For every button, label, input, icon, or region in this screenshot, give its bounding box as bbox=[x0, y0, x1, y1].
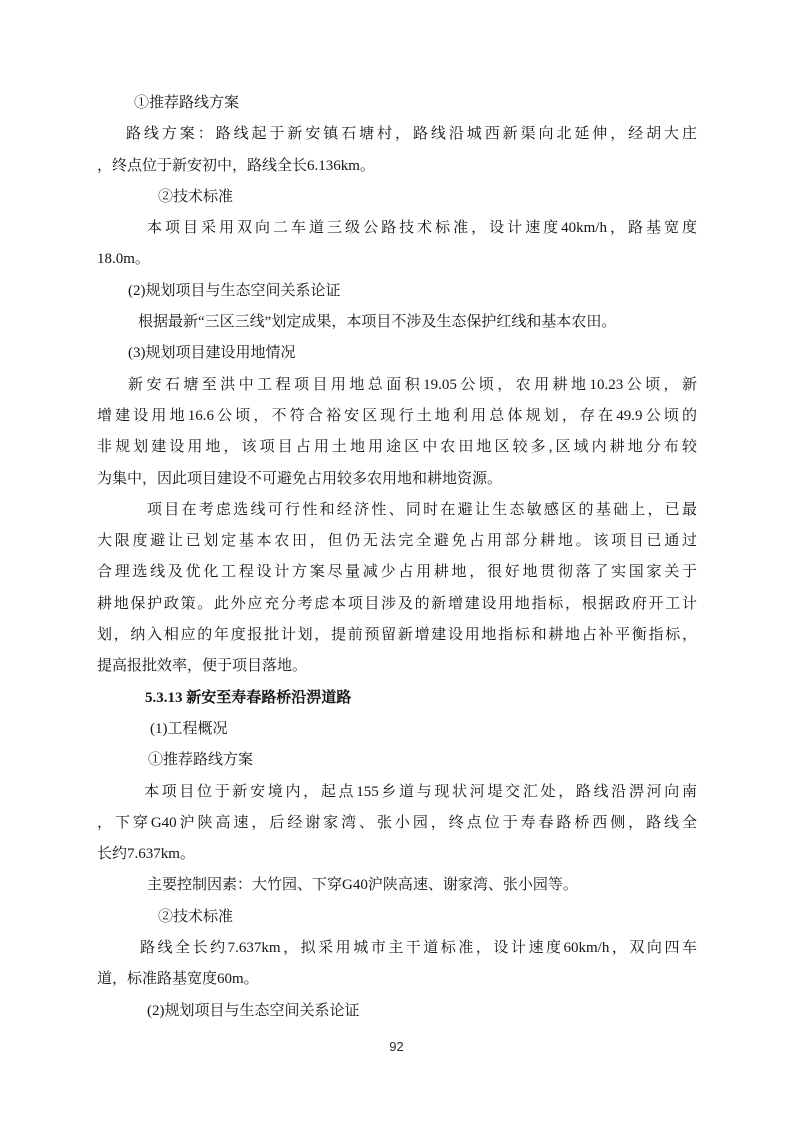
text-line: 增建设用地16.6公顷，不符合裕安区现行土地利用总体规划，存在49.9公顷的 bbox=[97, 401, 697, 432]
text-line: 非规划建设用地，该项目占用土地用途区中农田地区较多,区域内耕地分布较 bbox=[97, 432, 697, 463]
paragraph: ②技术标准 bbox=[97, 902, 697, 933]
paragraph: ②技术标准 bbox=[97, 182, 697, 213]
text-line: ，下穿G40沪陕高速，后经谢家湾、张小园，终点位于寿春路桥西侧，路线全 bbox=[97, 808, 697, 839]
paragraph: 路线方案：路线起于新安镇石塘村，路线沿城西新渠向北延伸，经胡大庄，终点位于新安初… bbox=[97, 119, 697, 182]
text-line: 路线方案：路线起于新安镇石塘村，路线沿城西新渠向北延伸，经胡大庄 bbox=[97, 119, 697, 150]
text-line: 路线全长约7.637km，拟采用城市主干道标准，设计速度60km/h，双向四车 bbox=[97, 933, 697, 964]
paragraph: ①推荐路线方案 bbox=[97, 745, 697, 776]
paragraph: 根据最新“三区三线”划定成果，本项目不涉及生态保护红线和基本农田。 bbox=[97, 307, 697, 338]
text-line: ①推荐路线方案 bbox=[97, 745, 697, 776]
paragraph: (2)规划项目与生态空间关系论证 bbox=[97, 276, 697, 307]
text-line: 主要控制因素：大竹园、下穿G40沪陕高速、谢家湾、张小园等。 bbox=[97, 870, 697, 901]
paragraph: 路线全长约7.637km，拟采用城市主干道标准，设计速度60km/h，双向四车道… bbox=[97, 933, 697, 996]
paragraph: 主要控制因素：大竹园、下穿G40沪陕高速、谢家湾、张小园等。 bbox=[97, 870, 697, 901]
paragraph: ①推荐路线方案 bbox=[97, 88, 697, 119]
text-line: (3)规划项目建设用地情况 bbox=[97, 338, 697, 369]
text-line: 新安石塘至洪中工程项目用地总面积19.05公顷，农用耕地10.23公顷，新 bbox=[97, 370, 697, 401]
text-line: 道，标准路基宽度60m。 bbox=[97, 964, 697, 995]
text-line: 本项目位于新安境内，起点155乡道与现状河堤交汇处，路线沿淠河向南 bbox=[97, 777, 697, 808]
document-page: ①推荐路线方案路线方案：路线起于新安镇石塘村，路线沿城西新渠向北延伸，经胡大庄，… bbox=[0, 0, 793, 1122]
paragraph: 本项目采用双向二车道三级公路技术标准，设计速度40km/h，路基宽度18.0m。 bbox=[97, 213, 697, 276]
text-line: ②技术标准 bbox=[97, 182, 697, 213]
text-line: (2)规划项目与生态空间关系论证 bbox=[97, 996, 697, 1027]
text-line: (2)规划项目与生态空间关系论证 bbox=[97, 276, 697, 307]
text-line: 长约7.637km。 bbox=[97, 839, 697, 870]
page-number: 92 bbox=[389, 1039, 403, 1054]
paragraph: (1)工程概况 bbox=[97, 714, 697, 745]
paragraph: (3)规划项目建设用地情况 bbox=[97, 338, 697, 369]
text-line: ，终点位于新安初中，路线全长6.136km。 bbox=[97, 151, 697, 182]
paragraph: 新安石塘至洪中工程项目用地总面积19.05公顷，农用耕地10.23公顷，新增建设… bbox=[97, 370, 697, 495]
paragraph: 项目在考虑选线可行性和经济性、同时在避让生态敏感区的基础上，已最大限度避让已划定… bbox=[97, 495, 697, 683]
text-line: 本项目采用双向二车道三级公路技术标准，设计速度40km/h，路基宽度 bbox=[97, 213, 697, 244]
text-line: 项目在考虑选线可行性和经济性、同时在避让生态敏感区的基础上，已最 bbox=[97, 495, 697, 526]
paragraph: (2)规划项目与生态空间关系论证 bbox=[97, 996, 697, 1027]
page-footer: 92 bbox=[0, 1039, 793, 1054]
text-line: 耕地保护政策。此外应充分考虑本项目涉及的新增建设用地指标，根据政府开工计 bbox=[97, 589, 697, 620]
document-body: ①推荐路线方案路线方案：路线起于新安镇石塘村，路线沿城西新渠向北延伸，经胡大庄，… bbox=[97, 88, 697, 1027]
text-line: 为集中，因此项目建设不可避免占用较多农用地和耕地资源。 bbox=[97, 464, 697, 495]
text-line: ①推荐路线方案 bbox=[97, 88, 697, 119]
paragraph: 本项目位于新安境内，起点155乡道与现状河堤交汇处，路线沿淠河向南，下穿G40沪… bbox=[97, 777, 697, 871]
text-line: 划，纳入相应的年度报批计划，提前预留新增建设用地指标和耕地占补平衡指标， bbox=[97, 620, 697, 651]
text-line: ②技术标准 bbox=[97, 902, 697, 933]
text-line: 根据最新“三区三线”划定成果，本项目不涉及生态保护红线和基本农田。 bbox=[97, 307, 697, 338]
text-line: 合理选线及优化工程设计方案尽量减少占用耕地，很好地贯彻落了实国家关于 bbox=[97, 557, 697, 588]
text-line: 大限度避让已划定基本农田，但仍无法完全避免占用部分耕地。该项目已通过 bbox=[97, 526, 697, 557]
text-line: 18.0m。 bbox=[97, 244, 697, 275]
text-line: 5.3.13 新安至寿春路桥沿淠道路 bbox=[97, 683, 697, 714]
text-line: (1)工程概况 bbox=[97, 714, 697, 745]
text-line: 提高报批效率，便于项目落地。 bbox=[97, 651, 697, 682]
section-heading: 5.3.13 新安至寿春路桥沿淠道路 bbox=[97, 683, 697, 714]
